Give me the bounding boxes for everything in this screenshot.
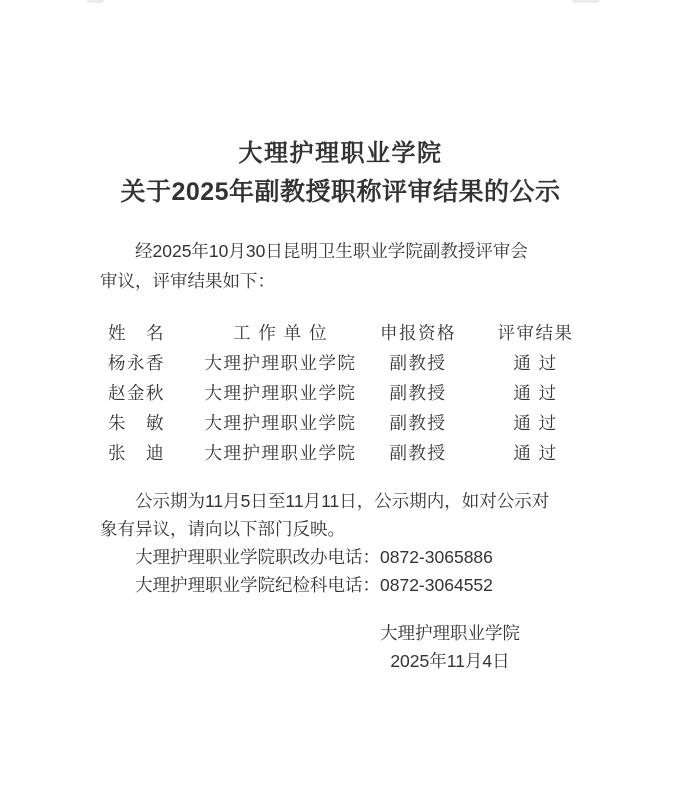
signature-block: 大理护理职业学院 2025年11月4日 — [310, 619, 590, 675]
cell-work-unit: 大理护理职业学院 — [203, 378, 358, 408]
cell-name: 赵金秋 — [108, 378, 203, 408]
table-row: 赵金秋 大理护理职业学院 副教授 通 过 — [0, 378, 681, 408]
cell-work-unit: 大理护理职业学院 — [203, 438, 358, 468]
title-subject-line: 关于2025年副教授职称评审结果的公示 — [0, 173, 681, 211]
cell-qualification: 副教授 — [358, 438, 478, 468]
document-title: 大理护理职业学院 关于2025年副教授职称评审结果的公示 — [0, 134, 681, 211]
table-row: 杨永香 大理护理职业学院 副教授 通 过 — [0, 348, 681, 378]
cell-name: 杨永香 — [108, 348, 203, 378]
cell-work-unit: 大理护理职业学院 — [203, 348, 358, 378]
intro-line-1: 经2025年10月30日昆明卫生职业学院副教授评审会 — [100, 236, 575, 266]
cell-qualification: 副教授 — [358, 348, 478, 378]
cell-result: 通 过 — [478, 408, 593, 438]
table-header-row: 姓 名 工 作 单 位 申报资格 评审结果 — [0, 318, 681, 348]
notice-line-2: 象有异议，请向以下部门反映。 — [100, 515, 580, 543]
table-row: 张 迪 大理护理职业学院 副教授 通 过 — [0, 438, 681, 468]
screen-artifact-left — [87, 0, 104, 3]
intro-line-2: 审议，评审结果如下： — [100, 266, 575, 296]
results-table: 姓 名 工 作 单 位 申报资格 评审结果 杨永香 大理护理职业学院 副教授 通… — [0, 318, 681, 468]
screen-artifact-right — [572, 0, 600, 3]
cell-qualification: 副教授 — [358, 378, 478, 408]
header-work-unit: 工 作 单 位 — [203, 318, 358, 348]
notice-line-1: 公示期为11月5日至11月11日，公示期内，如对公示对 — [100, 487, 580, 515]
cell-name: 朱 敏 — [108, 408, 203, 438]
cell-result: 通 过 — [478, 378, 593, 408]
cell-result: 通 过 — [478, 438, 593, 468]
cell-qualification: 副教授 — [358, 408, 478, 438]
header-result: 评审结果 — [478, 318, 593, 348]
notice-paragraph: 公示期为11月5日至11月11日，公示期内，如对公示对 象有异议，请向以下部门反… — [100, 487, 580, 599]
contact-phone-line-2: 大理护理职业学院纪检科电话：0872-3064552 — [100, 571, 580, 599]
table-row: 朱 敏 大理护理职业学院 副教授 通 过 — [0, 408, 681, 438]
cell-work-unit: 大理护理职业学院 — [203, 408, 358, 438]
cell-result: 通 过 — [478, 348, 593, 378]
title-org-line: 大理护理职业学院 — [0, 134, 681, 173]
signature-date: 2025年11月4日 — [310, 647, 590, 675]
contact-phone-line-1: 大理护理职业学院职改办电话：0872-3065886 — [100, 543, 580, 571]
signature-org: 大理护理职业学院 — [310, 619, 590, 647]
header-name: 姓 名 — [108, 318, 203, 348]
header-qualification: 申报资格 — [358, 318, 478, 348]
cell-name: 张 迪 — [108, 438, 203, 468]
intro-paragraph: 经2025年10月30日昆明卫生职业学院副教授评审会 审议，评审结果如下： — [100, 236, 575, 296]
